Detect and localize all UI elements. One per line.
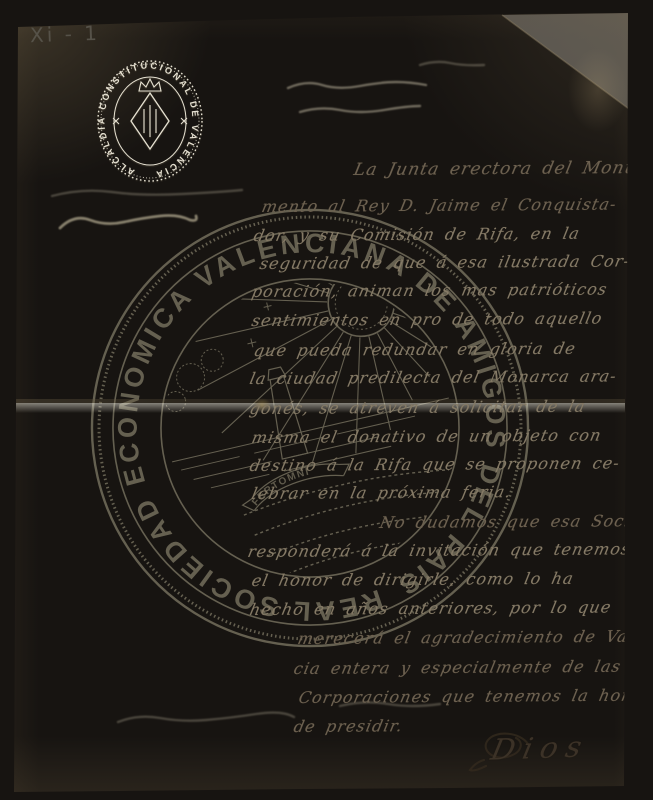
letter-line: hecho en años anteriores, por lo que — [248, 597, 614, 619]
letter-line: No dudamos que esa Sociedad — [378, 511, 653, 532]
letter-line: gonés, se atreven á solicitar de la — [248, 397, 588, 418]
letter-line: misma el donativo de un objeto con — [250, 426, 604, 447]
photo-background: REAL SOCIEDAD ECONOMICA VALENCIANA DE AM… — [0, 0, 653, 800]
letter-line: destino á la Rifa que se proponen ce- — [248, 453, 622, 475]
letter-line: dor, y su Comisión de Rifa, en la — [252, 224, 582, 245]
letter-line: Corporaciones que tenemos la honra — [297, 686, 653, 707]
letter-line: que pueda redundar en gloria de — [252, 339, 578, 360]
letter-line: mento al Rey D. Jaime el Conquista- — [260, 195, 619, 216]
letter-line: la ciudad predilecta del Monarca ara- — [248, 366, 619, 388]
letter-line: merecerá el agradecimiento de Valen- — [296, 626, 653, 648]
crown-icon — [139, 79, 161, 91]
corner-crease — [502, 13, 633, 112]
letter-line: seguridad de que á esa ilustrada Cor- — [258, 251, 632, 273]
letter-line: La Junta erectora del Monu- — [352, 158, 646, 180]
valencia-coat-of-arms — [113, 79, 187, 149]
letter-line: lebrar en la próxima feria. — [250, 482, 514, 503]
pencil-annotation: Xi - 1 — [30, 21, 101, 47]
letter-line: sentimientos en pro de todo aquello — [250, 309, 605, 330]
document-paper: REAL SOCIEDAD ECONOMICA VALENCIANA DE AM… — [0, 0, 653, 800]
letter-line: poración, animan los mas patrióticos — [250, 280, 609, 301]
letter-line: responderá á la invitación que tenemos — [246, 539, 633, 561]
closing-word: Dios — [488, 729, 593, 766]
letter-line: el honor de dirigirle, como lo ha — [250, 569, 576, 590]
letter-line: cia entera y especialmente de las — [292, 657, 623, 678]
letter-line: de presidir. — [292, 716, 405, 736]
embossed-stamp: ALCALDIA CONSTITUCIONAL DE VALENCIA — [95, 57, 205, 185]
